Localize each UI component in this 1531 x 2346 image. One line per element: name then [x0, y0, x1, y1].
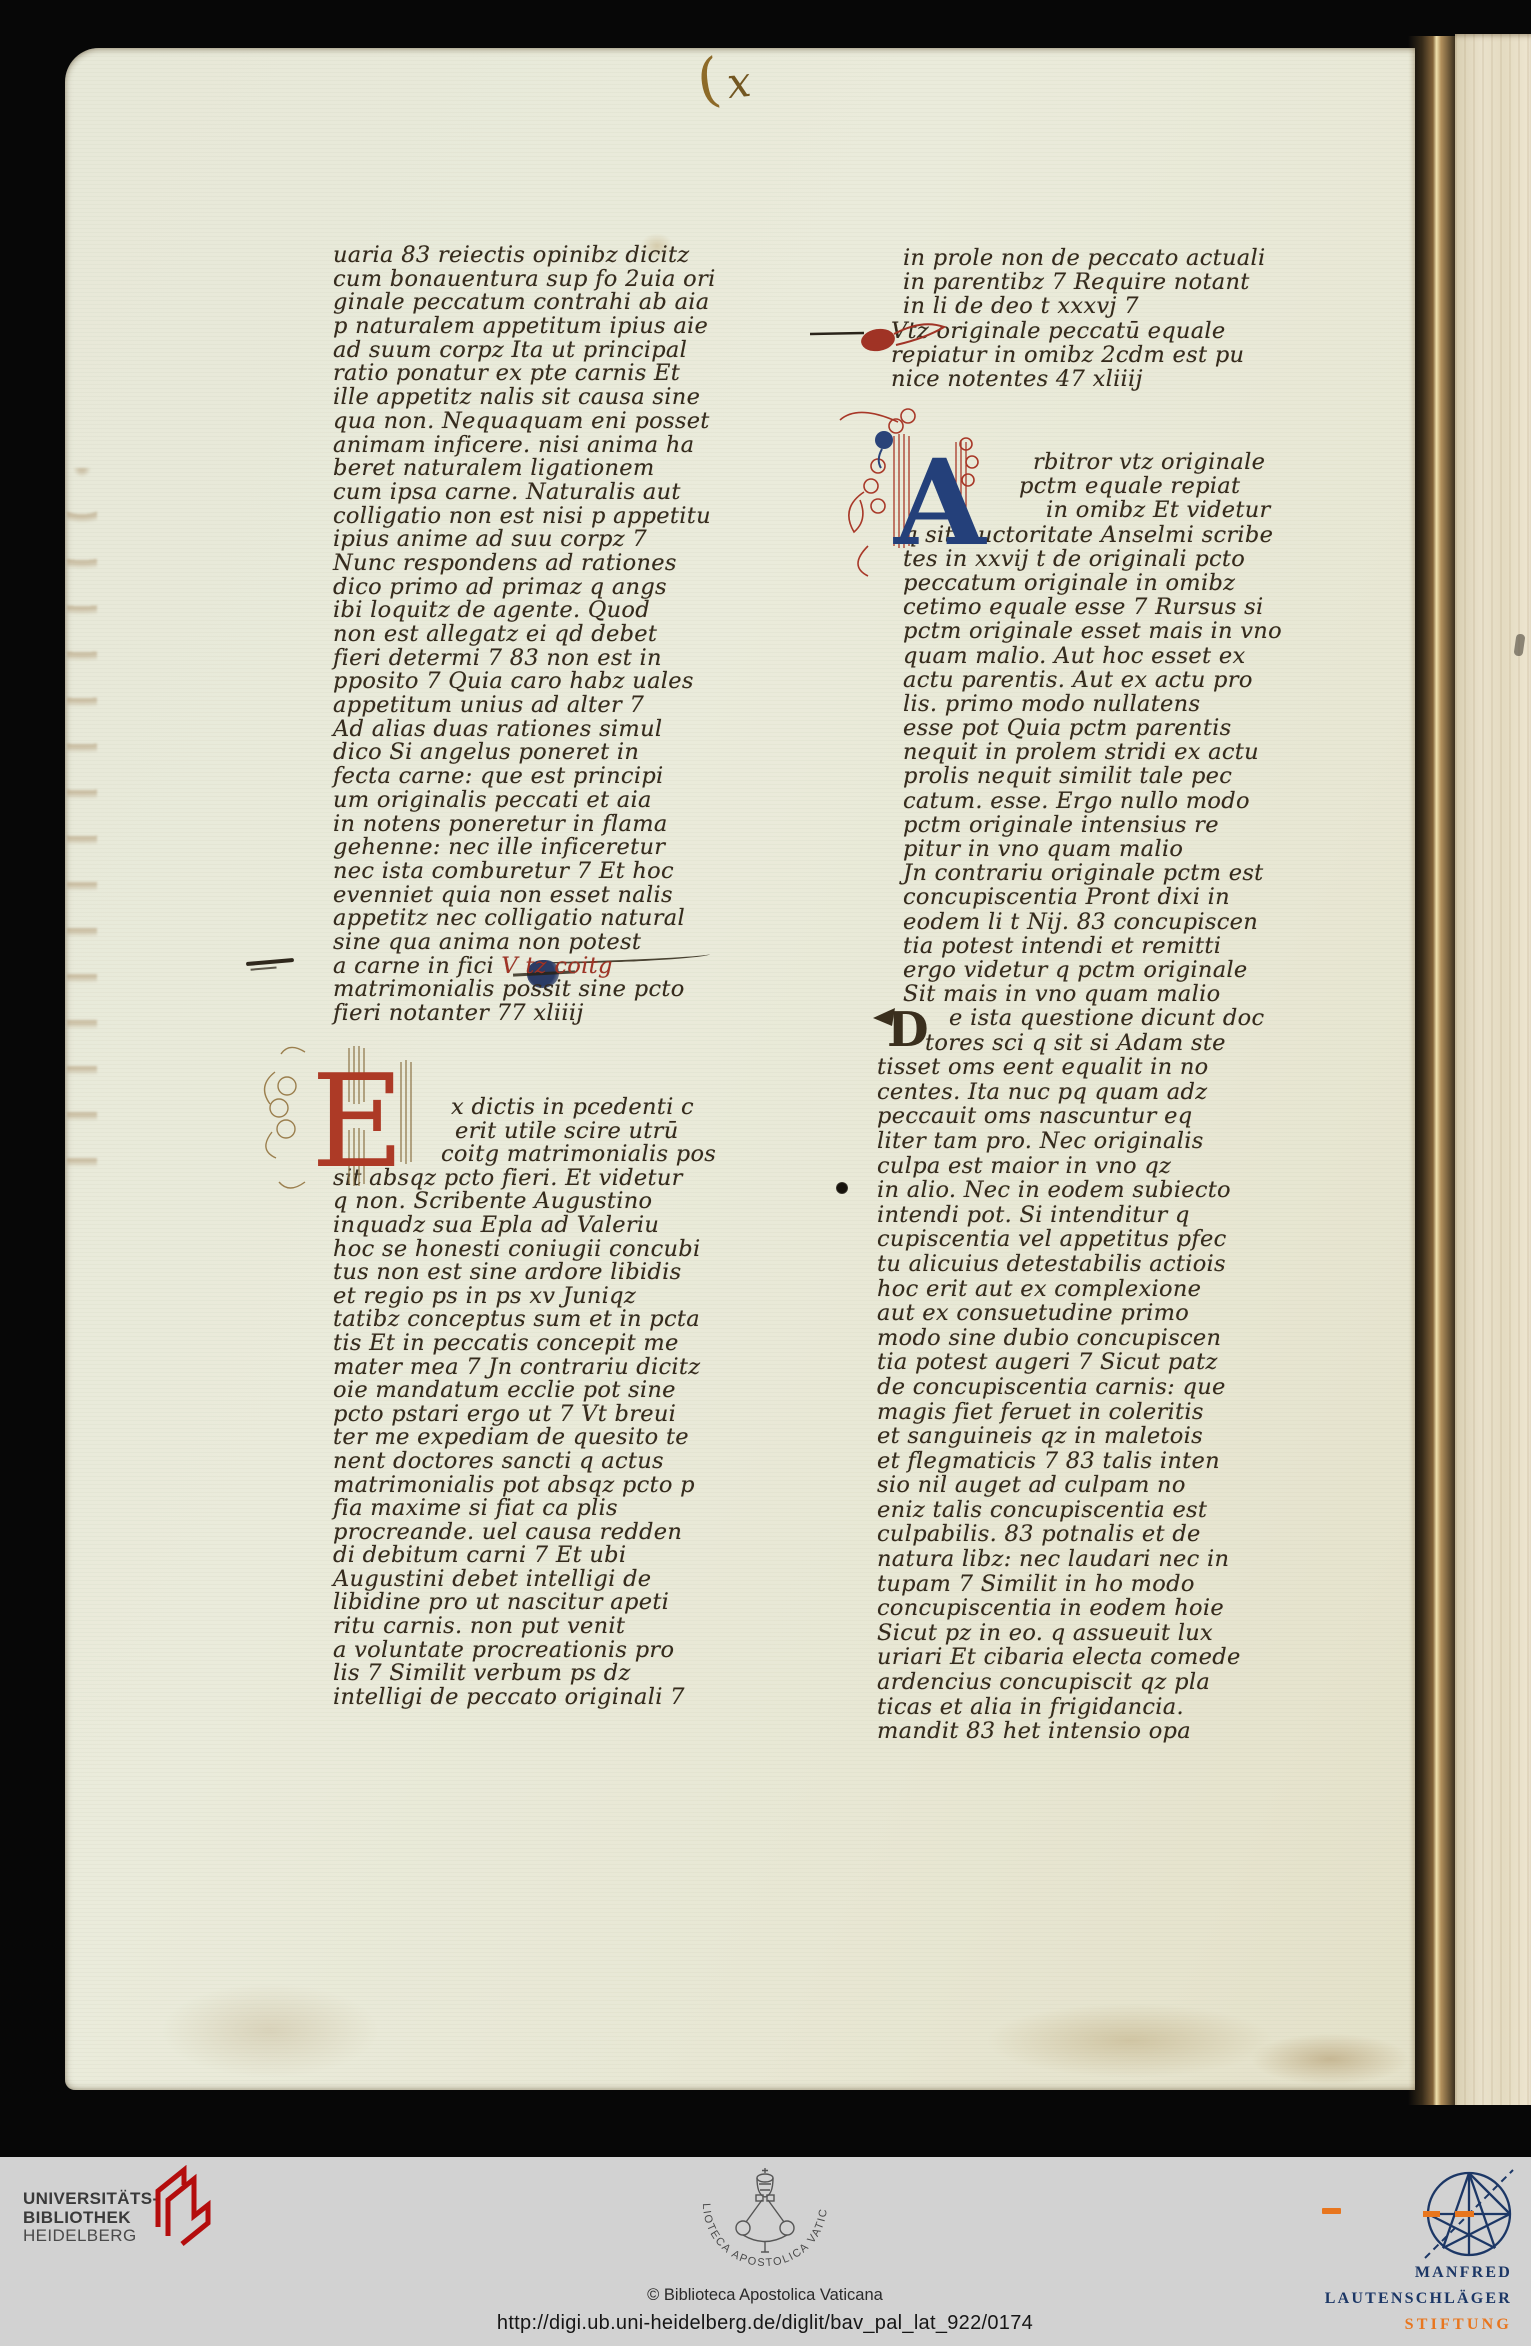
manuscript-text-line: in notens poneretur in flama	[333, 813, 735, 837]
manuscript-text-line: prolis nequit similit tale pec	[891, 764, 1293, 788]
manuscript-text-line: in parentibz 7 Require notant	[891, 270, 1293, 294]
manuscript-text-line: et sanguineis qz in maletois	[877, 1424, 1279, 1449]
manuscript-text-line: nec ista comburetur 7 Et hoc	[333, 860, 735, 884]
manuscript-text-line: lis 7 Similit verbum ps dz	[333, 1662, 735, 1686]
manuscript-text-line: liter tam pro. Nec originalis	[877, 1129, 1279, 1154]
foundation-name-line1: MANFRED	[1240, 2260, 1512, 2286]
manuscript-text-line: ginale peccatum contrahi ab aia	[333, 291, 735, 315]
manuscript-text-line: tia potest intendi et remitti	[891, 934, 1293, 958]
manuscript-text-line: oie mandatum ecclie pot sine	[333, 1379, 735, 1403]
ub-name-line1: UNIVERSITÄTS-	[23, 2190, 159, 2209]
manuscript-page: ( x uaria 83 reiectis opinibz dicitzcum …	[65, 48, 1415, 2090]
manuscript-text-line: gehenne: nec ille inficeretur	[333, 836, 735, 860]
paper-foxing-spots	[67, 468, 97, 1168]
manuscript-text-line: animam inficere. nisi anima ha	[333, 434, 735, 458]
manuscript-text-line: pitur in vno quam malio	[891, 837, 1293, 861]
manuscript-text-line: sine qua anima non potest	[333, 931, 735, 955]
manuscript-text-line: pctm originale esset mais in vno	[891, 619, 1293, 643]
blue-paraph-dot	[875, 431, 893, 449]
initial-letter-E: E	[311, 1048, 404, 1197]
manuscript-text-line: tus non est sine ardore libidis	[333, 1261, 735, 1285]
manuscript-text-line: ibi loquitz de agente. Quod	[333, 599, 735, 623]
manuscript-text-line: ticas et alia in frigidancia.	[877, 1695, 1279, 1720]
source-url: http://digi.ub.uni-heidelberg.de/diglit/…	[420, 2312, 1110, 2335]
manuscript-text-line: inquadz sua Epla ad Valeriu	[333, 1214, 735, 1238]
manuscript-text-line: uaria 83 reiectis opinibz dicitz	[333, 244, 735, 268]
manuscript-text-line: a carne in fici V tz coitg	[333, 955, 735, 979]
manuscript-text-line: Ad alias duas rationes simul	[333, 718, 735, 742]
manuscript-text-line: quam malio. Aut hoc esset ex	[891, 644, 1293, 668]
manuscript-text-line: hoc erit aut ex complexione	[877, 1277, 1279, 1302]
manuscript-text-line: lis. primo modo nullatens	[891, 692, 1293, 716]
manuscript-text-line: Vtz originale peccatū equale	[891, 319, 1293, 343]
seal-curved-text: BIBLIOTECA APOSTOLICA VATICANA	[680, 2162, 830, 2269]
manuscript-text-line: de concupiscentia carnis: que	[877, 1375, 1279, 1400]
manuscript-text-line: eniz talis concupiscentia est	[877, 1498, 1279, 1523]
manuscript-text-line: et flegmaticis 7 83 talis inten	[877, 1449, 1279, 1474]
manuscript-text-line: tis Et in peccatis concepit me	[333, 1332, 735, 1356]
folio-number: x	[725, 57, 754, 108]
foundation-name-line2: LAUTENSCHLÄGER	[1240, 2286, 1512, 2312]
foundation-name-line3: STIFTUNG	[1240, 2312, 1512, 2338]
manuscript-text-line: mater mea 7 Jn contrariu dicitz	[333, 1356, 735, 1380]
manuscript-text-line: ille appetitz nalis sit causa sine	[333, 386, 735, 410]
decorated-initial-E: E	[253, 1032, 468, 1202]
manuscript-text-line: sio nil auget ad culpam no	[877, 1473, 1279, 1498]
manuscript-text-line: magis fiet feruet in coleritis	[877, 1400, 1279, 1425]
manuscript-text-line: tia potest augeri 7 Sicut patz	[877, 1350, 1279, 1375]
manuscript-text-line: modo sine dubio concupiscen	[877, 1326, 1279, 1351]
decorated-initial-A: A	[838, 396, 1018, 581]
manuscript-text-line: ipius anime ad suu corpz 7	[333, 528, 735, 552]
manuscript-text-line: nice notentes 47 xliiij	[891, 367, 1293, 391]
manuscript-text-line: fia maxime si fiat ca plis	[333, 1497, 735, 1521]
manuscript-text-line: Nunc respondens ad rationes	[333, 552, 735, 576]
manuscript-text-line: a voluntate procreationis pro	[333, 1639, 735, 1663]
manuscript-text-line: ritu carnis. non put venit	[333, 1615, 735, 1639]
foundation-logo-dash	[1322, 2208, 1341, 2214]
left-column-text: uaria 83 reiectis opinibz dicitzcum bona…	[333, 244, 735, 1026]
manuscript-text-line: centes. Ita nuc pq quam adz	[877, 1080, 1279, 1105]
university-library-logo-icon	[148, 2165, 222, 2261]
initial-letter-D: D	[887, 1002, 929, 1058]
manuscript-text-line: cum bonauentura sup fo 2uia ori	[333, 268, 735, 292]
margin-annotation-dash	[246, 958, 294, 966]
folio-number-mark: ( x	[697, 50, 807, 130]
facing-page-ink-mark	[1514, 633, 1526, 656]
foundation-globe-icon	[1423, 2168, 1515, 2260]
manuscript-text-line: intelligi de peccato originali 7	[333, 1686, 735, 1710]
manuscript-text-line: ter me expediam de quesito te	[333, 1426, 735, 1450]
manuscript-text-line: repiatur in omibz 2cdm est pu	[891, 343, 1293, 367]
manuscript-text-line: tupam 7 Similit in ho modo	[877, 1572, 1279, 1597]
manuscript-text-line: matrimonialis pot absqz pcto p	[333, 1474, 735, 1498]
manuscript-text-line: ad suum corpz Ita ut principal	[333, 339, 735, 363]
manuscript-text-line: aut ex consuetudine primo	[877, 1301, 1279, 1326]
manuscript-text-line: dico primo ad primaz q angs	[333, 576, 735, 600]
manuscript-text-line: cupiscentia vel appetitus pfec	[877, 1227, 1279, 1252]
paper-stain	[985, 2003, 1275, 2078]
manuscript-text-line: Sicut pz in eo. q assueuit lux	[877, 1621, 1279, 1646]
manuscript-text-line: actu parentis. Aut ex actu pro	[891, 668, 1293, 692]
manuscript-text-line: in alio. Nec in eodem subiecto	[877, 1178, 1279, 1203]
manuscript-text-line: hoc se honesti coniugii concubi	[333, 1238, 735, 1262]
manuscript-text-line: pposito 7 Quia caro habz uales	[333, 670, 735, 694]
manuscript-text-line: tores sci q sit si Adam ste	[877, 1031, 1279, 1056]
credits-footer: UNIVERSITÄTS- BIBLIOTHEK HEIDELBERG BIBL…	[0, 2157, 1531, 2346]
manuscript-text-line: dico Si angelus poneret in	[333, 741, 735, 765]
manuscript-text-line: e ista questione dicunt doc	[877, 1006, 1279, 1031]
ub-name-line2: BIBLIOTHEK	[23, 2209, 159, 2228]
manuscript-text-line: tatibz conceptus sum et in pcta	[333, 1308, 735, 1332]
manuscript-text-line: catum. esse. Ergo nullo modo	[891, 789, 1293, 813]
manuscript-text-line: intendi pot. Si intenditur q	[877, 1203, 1279, 1228]
manuscript-text-line: libidine pro ut nascitur apeti	[333, 1591, 735, 1615]
manuscript-text-line: p naturalem appetitum ipius aie	[333, 315, 735, 339]
manuscript-text-line: mandit 83 het intensio opa	[877, 1719, 1279, 1744]
manuscript-text-line: esse pot Quia pctm parentis	[891, 716, 1293, 740]
manuscript-text-line: fecta carne: que est principi	[333, 765, 735, 789]
folio-flourish: (	[692, 45, 724, 115]
manuscript-text-line: in li de deo t xxxvj 7	[891, 294, 1293, 318]
paper-stain	[160, 1983, 380, 2078]
manuscript-text-line: ardencius concupiscit qz pla	[877, 1670, 1279, 1695]
foundation-logo-text: MANFRED LAUTENSCHLÄGER STIFTUNG	[1240, 2260, 1512, 2338]
manuscript-text-line: matrimonialis possit sine pcto	[333, 978, 735, 1002]
digitized-manuscript-viewer: ( x uaria 83 reiectis opinibz dicitzcum …	[0, 0, 1531, 2346]
manuscript-text-line: et regio ps in ps xv Juniqz	[333, 1285, 735, 1309]
manuscript-text-line: procreande. uel causa redden	[333, 1521, 735, 1545]
manuscript-text-line: um originalis peccati et aia	[333, 789, 735, 813]
manuscript-text-line: pctm originale intensius re	[891, 813, 1293, 837]
manuscript-text-line: concupiscentia Pront dixi in	[891, 885, 1293, 909]
manuscript-text-line: Sit mais in vno quam malio	[891, 982, 1293, 1006]
manuscript-text-line: fieri notanter 77 xliiij	[333, 1002, 735, 1026]
manuscript-text-line: evenniet quia non esset nalis	[333, 884, 735, 908]
ub-name-line3: HEIDELBERG	[23, 2227, 159, 2246]
manuscript-text-line: ratio ponatur ex pte carnis Et	[333, 362, 735, 386]
manuscript-text-line: Augustini debet intelligi de	[333, 1568, 735, 1592]
manuscript-text-line: tu alicuius detestabilis actiois	[877, 1252, 1279, 1277]
manuscript-text-line: appetitz nec colligatio natural	[333, 907, 735, 931]
manuscript-text-line: Jn contrariu originale pctm est	[891, 861, 1293, 885]
manuscript-text-line: tisset oms eent equalit in no	[877, 1055, 1279, 1080]
manuscript-text-line: di debitum carni 7 Et ubi	[333, 1544, 735, 1568]
manuscript-text-line: uriari Et cibaria electa comede	[877, 1645, 1279, 1670]
svg-text:BIBLIOTECA APOSTOLICA VATICANA: BIBLIOTECA APOSTOLICA VATICANA	[680, 2162, 830, 2269]
manuscript-text-line: cetimo equale esse 7 Rursus si	[891, 595, 1293, 619]
manuscript-text-line: ergo videtur q pctm originale	[891, 958, 1293, 982]
manuscript-text-line: culpabilis. 83 potnalis et de	[877, 1522, 1279, 1547]
parchment-hole	[836, 1182, 848, 1194]
manuscript-text-line: appetitum unius ad alter 7	[333, 694, 735, 718]
manuscript-text-line: in prole non de peccato actuali	[891, 246, 1293, 270]
red-ink-annotation: V tz coitg	[494, 953, 613, 979]
initial-letter-A: A	[893, 433, 987, 572]
right-column-intro-text: in prole non de peccato actualiin parent…	[891, 246, 1293, 391]
university-library-logo-text: UNIVERSITÄTS- BIBLIOTHEK HEIDELBERG	[23, 2190, 159, 2246]
facing-page-edge	[1455, 34, 1531, 2105]
manuscript-text-line: non est allegatz ei qd debet	[333, 623, 735, 647]
manuscript-text-line: culpa est maior in vno qz	[877, 1154, 1279, 1179]
manuscript-text-line: nequit in prolem stridi ex actu	[891, 740, 1293, 764]
manuscript-text-line: natura libz: nec laudari nec in	[877, 1547, 1279, 1572]
manuscript-text-line: cum ipsa carne. Naturalis aut	[333, 481, 735, 505]
red-nota-pointer	[810, 314, 948, 364]
manuscript-text-line: concupiscentia in eodem hoie	[877, 1596, 1279, 1621]
manuscript-text-line: colligatio non est nisi p appetitu	[333, 505, 735, 529]
manuscript-text-line: qua non. Nequaquam eni posset	[333, 410, 735, 434]
manuscript-text-line: nent doctores sancti q actus	[333, 1450, 735, 1474]
right-column-text-block-d: e ista questione dicunt doctores sci q s…	[877, 1006, 1279, 1744]
vatican-copyright: © Biblioteca Apostolica Vaticana	[600, 2286, 930, 2305]
book-gutter-fold	[1408, 36, 1458, 2105]
manuscript-text-line: beret naturalem ligationem	[333, 457, 735, 481]
manuscript-text-line: eodem li t Nij. 83 concupiscen	[891, 910, 1293, 934]
manuscript-text-line: pcto pstari ergo ut 7 Vt breui	[333, 1403, 735, 1427]
manuscript-text-line: fieri determi 7 83 non est in	[333, 647, 735, 671]
manuscript-text-line: peccauit oms nascuntur eq	[877, 1104, 1279, 1129]
vatican-library-seal-icon: BIBLIOTECA APOSTOLICA VATICANA	[680, 2162, 850, 2288]
paper-stain	[1250, 2033, 1410, 2085]
decorated-initial-D: D	[871, 998, 935, 1058]
